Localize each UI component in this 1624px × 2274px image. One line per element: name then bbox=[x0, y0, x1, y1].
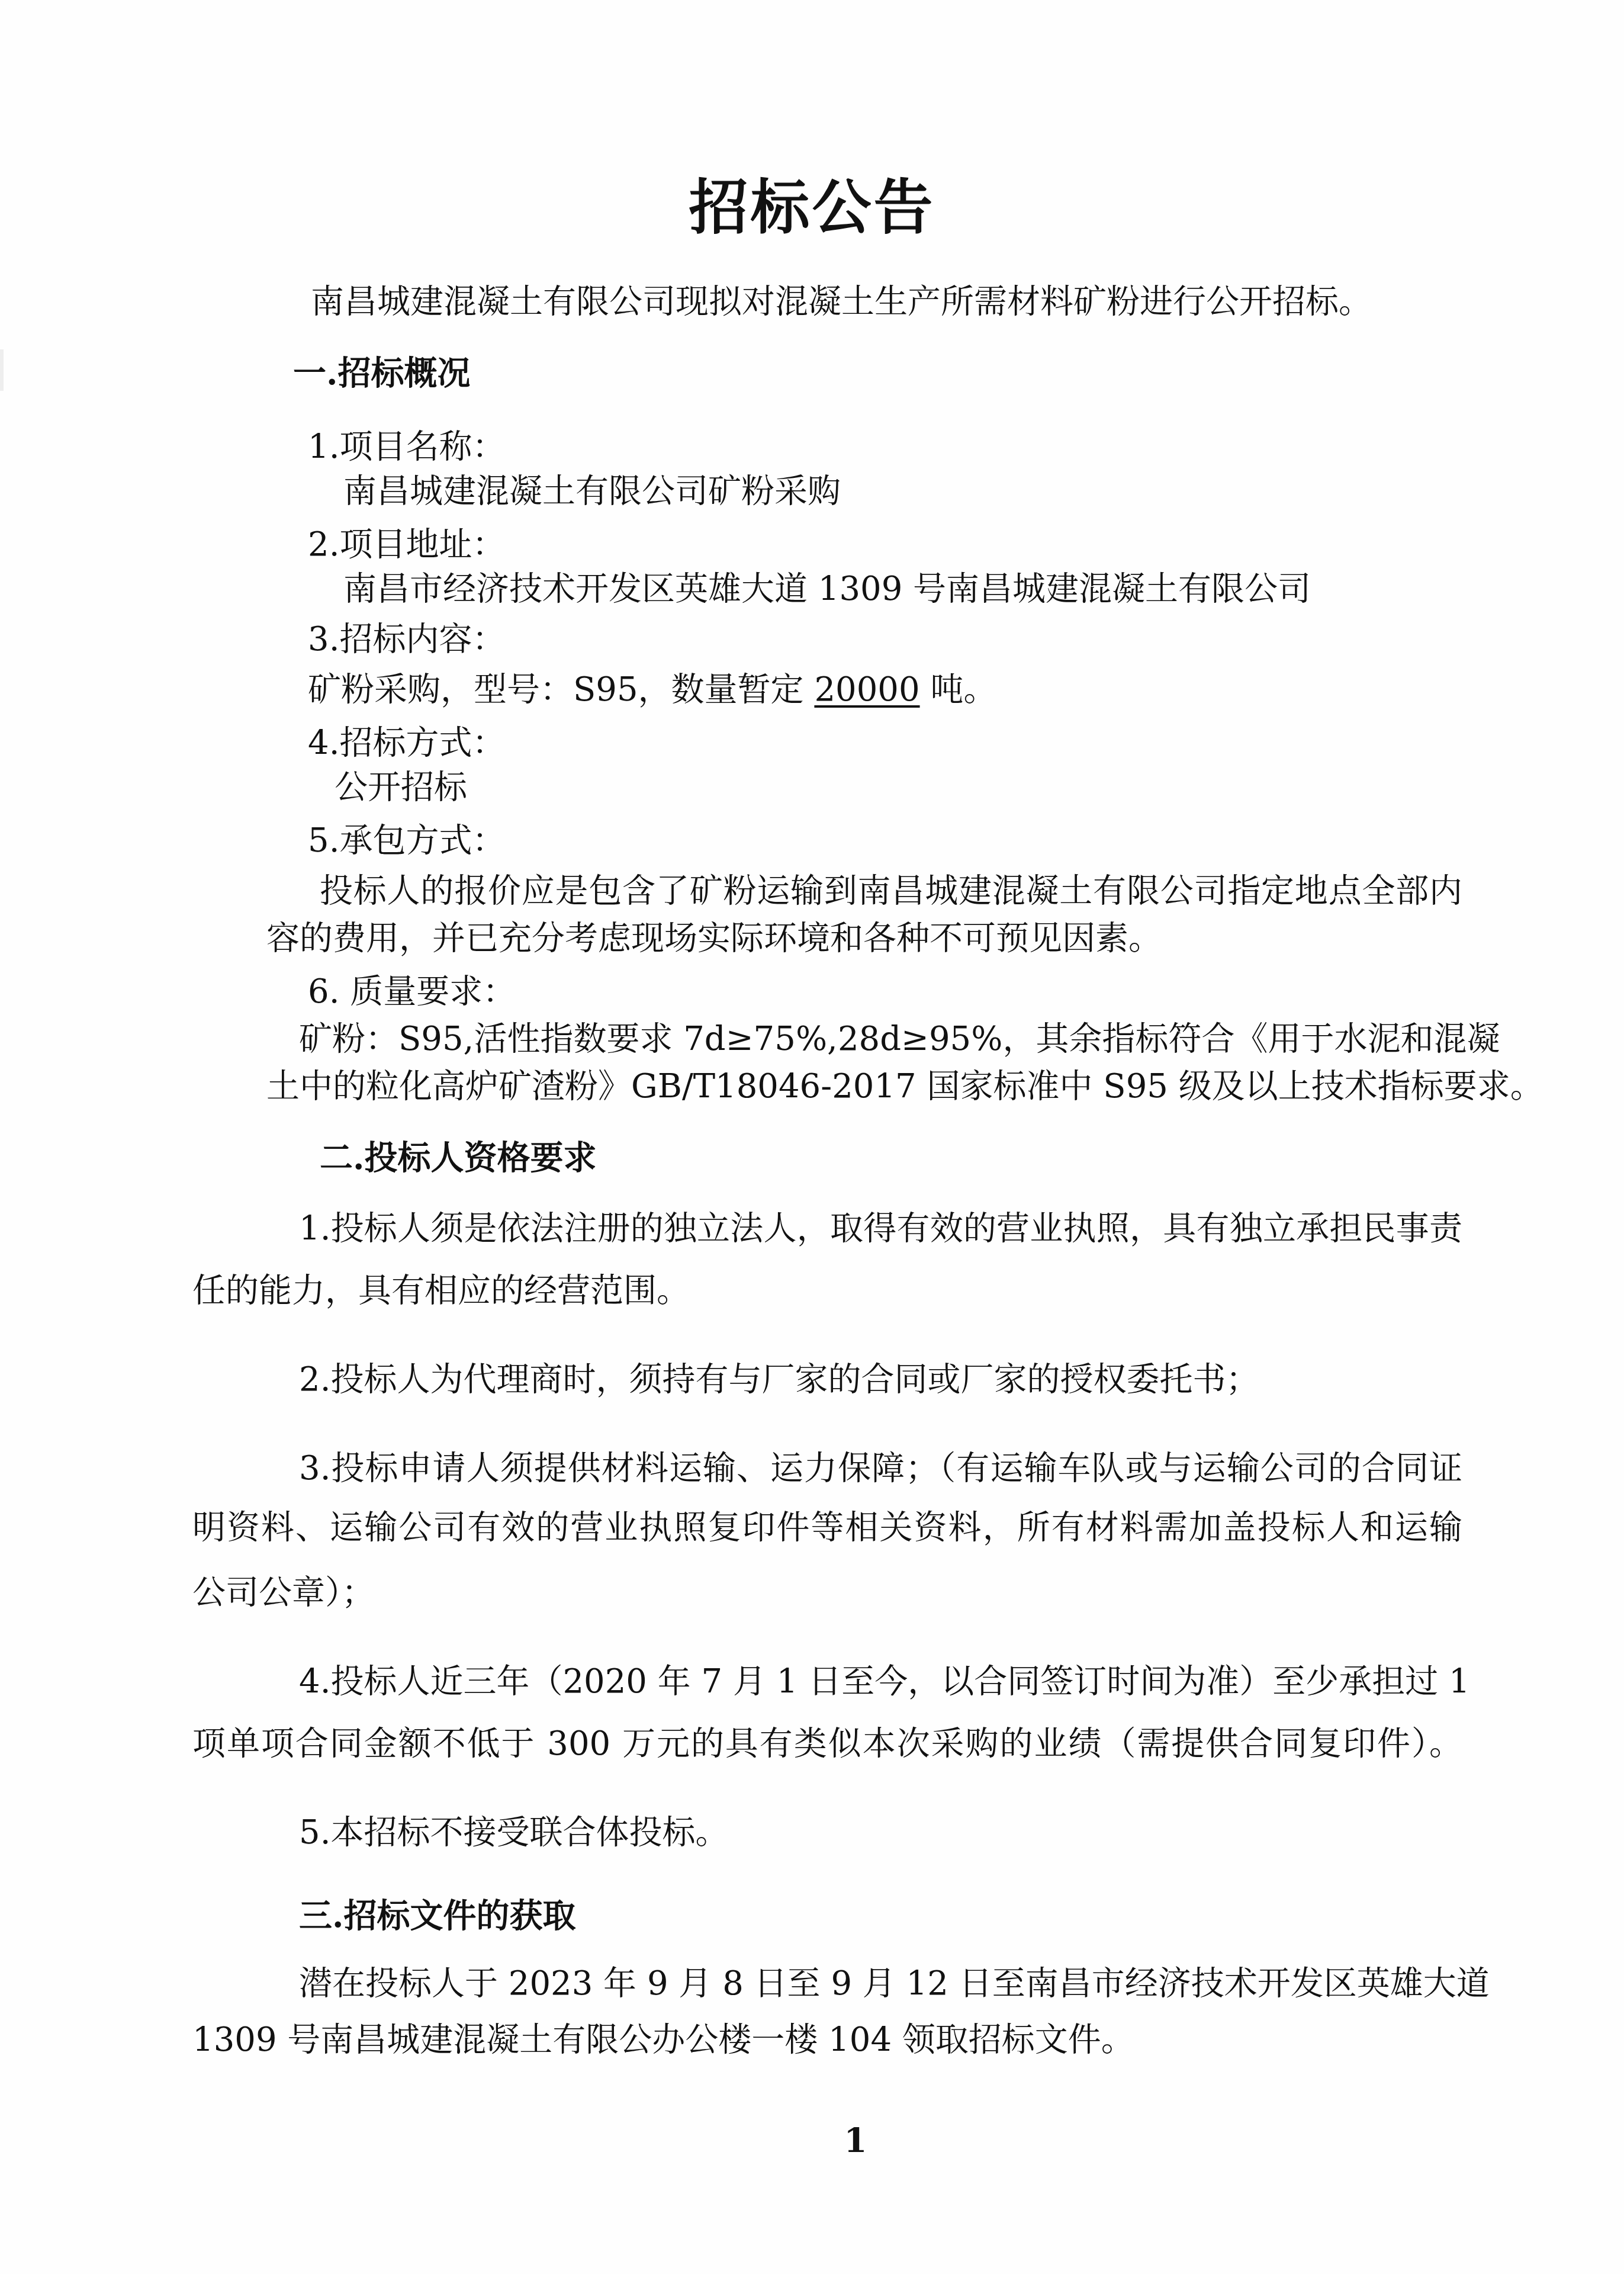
qualification-3-line-3: 公司公章）； bbox=[192, 1572, 375, 1614]
tender-quantity: 20000 bbox=[814, 670, 919, 709]
section-heading-overview: 一.招标概况 bbox=[293, 352, 471, 394]
document-page: 招标公告 南昌城建混凝土有限公司现拟对混凝土生产所需材料矿粉进行公开招标。 一.… bbox=[0, 0, 1624, 2274]
page-number: 1 bbox=[841, 2120, 870, 2161]
item-label-tender-content: 3.招标内容： bbox=[308, 619, 505, 660]
quality-line-1: 矿粉：S95,活性指数要求 7d≥75%,28d≥95%，其余指标符合《用于水泥… bbox=[299, 1019, 1462, 1060]
qualification-4-line-2: 项单项合同金额不低于 300 万元的具有类似本次采购的业绩（需提供合同复印件）。 bbox=[192, 1723, 1462, 1765]
qualification-1-line-2: 任的能力，具有相应的经营范围。 bbox=[192, 1270, 690, 1312]
document-title: 招标公告 bbox=[0, 172, 1624, 243]
qualification-3-line-2: 明资料、运输公司有效的营业执照复印件等相关资料，所有材料需加盖投标人和运输 bbox=[192, 1507, 1462, 1549]
section-heading-qualifications: 二.投标人资格要求 bbox=[320, 1137, 597, 1178]
quality-line-2: 土中的粒化高炉矿渣粉》GB/T18046-2017 国家标准中 S95 级及以上… bbox=[266, 1066, 1543, 1107]
item-label-project-name: 1.项目名称： bbox=[308, 426, 505, 468]
tender-content-suffix: 吨。 bbox=[920, 670, 997, 709]
item-label-contract-method: 5.承包方式： bbox=[308, 820, 505, 862]
qualification-1-line-1: 1.投标人须是依法注册的独立法人，取得有效的营业执照，具有独立承担民事责 bbox=[299, 1208, 1462, 1250]
qualification-3-line-1: 3.投标申请人须提供材料运输、运力保障；（有运输车队或与运输公司的合同证 bbox=[299, 1448, 1462, 1489]
item-value-project-name: 南昌城建混凝土有限公司矿粉采购 bbox=[343, 471, 841, 512]
qualification-5-line-1: 5.本招标不接受联合体投标。 bbox=[299, 1812, 728, 1854]
item-label-quality: 6. 质量要求： bbox=[308, 971, 516, 1013]
item-value-project-address: 南昌市经济技术开发区英雄大道 1309 号南昌城建混凝土有限公司 bbox=[343, 568, 1311, 610]
intro-paragraph: 南昌城建混凝土有限公司现拟对混凝土生产所需材料矿粉进行公开招标。 bbox=[311, 281, 1372, 323]
item-label-project-address: 2.项目地址： bbox=[308, 524, 505, 566]
qualification-4-line-1: 4.投标人近三年（2020 年 7 月 1 日至今，以合同签订时间为准）至少承担… bbox=[299, 1661, 1462, 1703]
contract-method-line-2: 容的费用，并已充分考虑现场实际环境和各种不可预见因素。 bbox=[266, 918, 1162, 959]
contract-method-line-1: 投标人的报价应是包含了矿粉运输到南昌城建混凝土有限公司指定地点全部内 bbox=[320, 871, 1462, 912]
tender-content-prefix: 矿粉采购，型号：S95，数量暂定 bbox=[308, 670, 814, 709]
obtain-documents-line-2: 1309 号南昌城建混凝土有限公办公楼一楼 104 领取招标文件。 bbox=[192, 2019, 1134, 2061]
item-label-tender-method: 4.招标方式： bbox=[308, 722, 505, 764]
obtain-documents-line-1: 潜在投标人于 2023 年 9 月 8 日至 9 月 12 日至南昌市经济技术开… bbox=[299, 1963, 1462, 2005]
item-value-tender-content: 矿粉采购，型号：S95，数量暂定 20000 吨。 bbox=[308, 669, 996, 711]
qualification-2-line-1: 2.投标人为代理商时，须持有与厂家的合同或厂家的授权委托书； bbox=[299, 1359, 1259, 1401]
scan-artifact bbox=[0, 349, 4, 391]
item-value-tender-method: 公开招标 bbox=[335, 767, 467, 808]
section-heading-obtain-documents: 三.招标文件的获取 bbox=[299, 1895, 576, 1936]
